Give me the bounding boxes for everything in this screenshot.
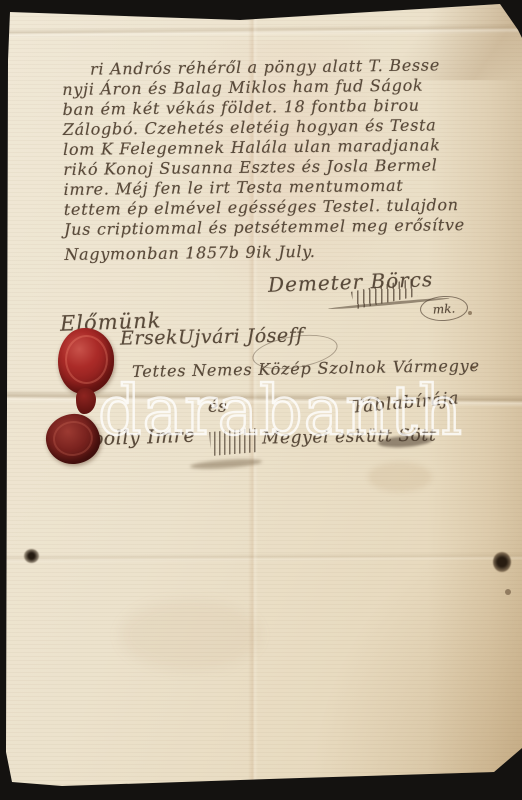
paper-shading-bottom-right: [302, 520, 522, 800]
paper-speck: [306, 783, 312, 787]
paper-hole-left: [24, 549, 39, 563]
body-text-line: Jus criptiommal és petsétemmel meg erősí…: [64, 215, 478, 240]
paper-speck: [468, 311, 472, 315]
paper-speck: [505, 589, 511, 595]
wax-seal-lower: [44, 411, 103, 466]
darabanth-watermark: darabanth: [98, 366, 463, 458]
document-photo: ri Andrós réhéről a pöngy alatt T. Besse…: [0, 0, 522, 800]
fold-crease-lower: [0, 552, 522, 564]
ink-smudge: [190, 457, 262, 470]
paper-sheet: ri Andrós réhéről a pöngy alatt T. Besse…: [0, 0, 522, 800]
fold-crease-top: [0, 23, 522, 38]
wax-seal-drip: [76, 388, 96, 414]
paper-stain: [120, 600, 260, 670]
date-line: Nagymonban 1857b 9ik July.: [64, 240, 478, 265]
paper-speck: [471, 366, 476, 369]
paper-stain: [368, 462, 432, 492]
letter-body: ri Andrós réhéről a pöngy alatt T. Besse…: [62, 55, 478, 265]
paper-hole-right: [493, 552, 511, 572]
